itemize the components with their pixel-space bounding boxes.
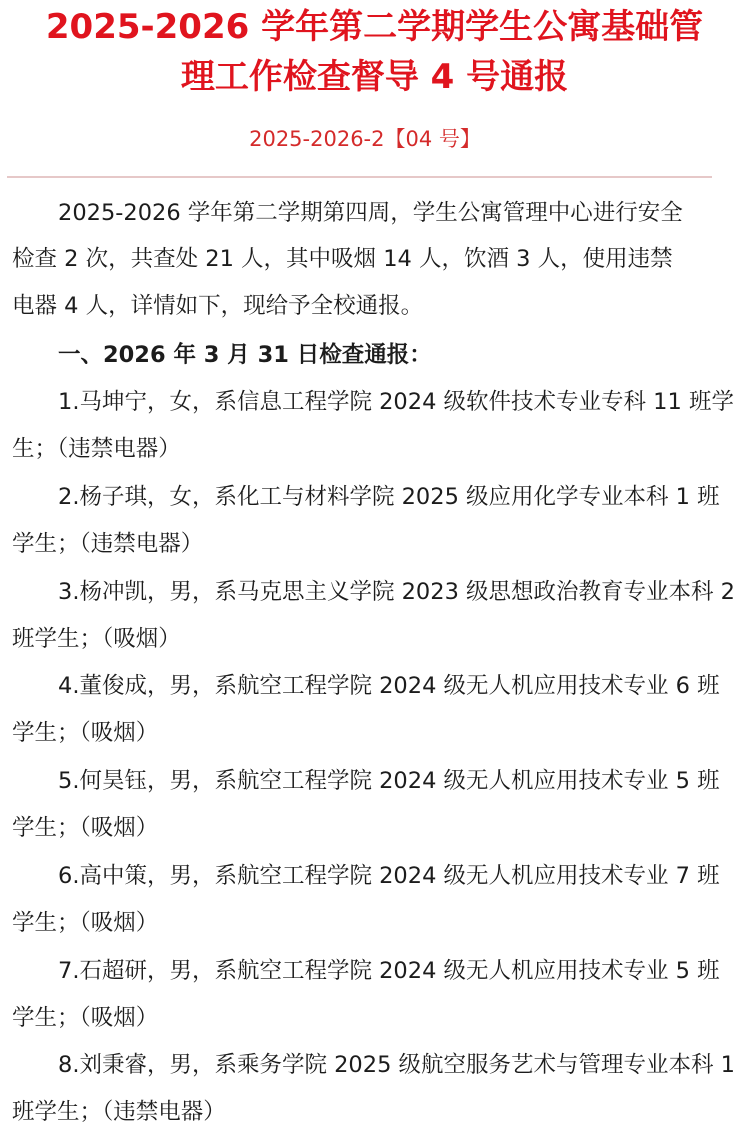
entry-line: 6.高中策，男，系航空工程学院 2024 级无人机应用技术专业 7 班 — [58, 859, 720, 893]
intro-line: 检查 2 次，共查处 21 人，其中吸烟 14 人，饮酒 3 人，使用违禁 — [12, 242, 673, 276]
intro-line: 2025-2026 学年第二学期第四周，学生公寓管理中心进行安全 — [58, 196, 683, 230]
document-title-line-2: 理工作检查督导 4 号通报 — [0, 52, 749, 102]
entry-line: 4.董俊成，男，系航空工程学院 2024 级无人机应用技术专业 6 班 — [58, 669, 720, 703]
entry-line: 2.杨子琪，女，系化工与材料学院 2025 级应用化学专业本科 1 班 — [58, 480, 720, 514]
entry-line: 学生；（吸烟） — [12, 811, 158, 845]
entry-line: 学生；（吸烟） — [12, 716, 158, 750]
header-divider — [7, 176, 712, 178]
entry-line: 3.杨冲凯，男，系马克思主义学院 2023 级思想政治教育专业本科 2 — [58, 575, 735, 609]
document-number: 2025-2026-2【04 号】 — [0, 122, 730, 156]
entry-line: 班学生；（吸烟） — [12, 622, 181, 656]
entry-line: 学生；（吸烟） — [12, 1001, 158, 1035]
entry-line: 5.何昊钰，男，系航空工程学院 2024 级无人机应用技术专业 5 班 — [58, 764, 720, 798]
entry-line: 学生；（吸烟） — [12, 906, 158, 940]
document-title-line-1: 2025-2026 学年第二学期学生公寓基础管 — [0, 2, 749, 52]
entry-line: 学生；（违禁电器） — [12, 527, 203, 561]
entry-line: 7.石超研，男，系航空工程学院 2024 级无人机应用技术专业 5 班 — [58, 954, 720, 988]
entry-line: 班学生；（违禁电器） — [12, 1095, 226, 1129]
entry-line: 1.马坤宁，女，系信息工程学院 2024 级软件技术专业专科 11 班学 — [58, 385, 734, 419]
entry-line: 生；（违禁电器） — [12, 432, 181, 466]
intro-line: 电器 4 人，详情如下，现给予全校通报。 — [12, 289, 423, 323]
entry-line: 8.刘秉睿，男，系乘务学院 2025 级航空服务艺术与管理专业本科 1 — [58, 1048, 735, 1082]
section-heading: 一、2026 年 3 月 31 日检查通报： — [58, 338, 432, 372]
